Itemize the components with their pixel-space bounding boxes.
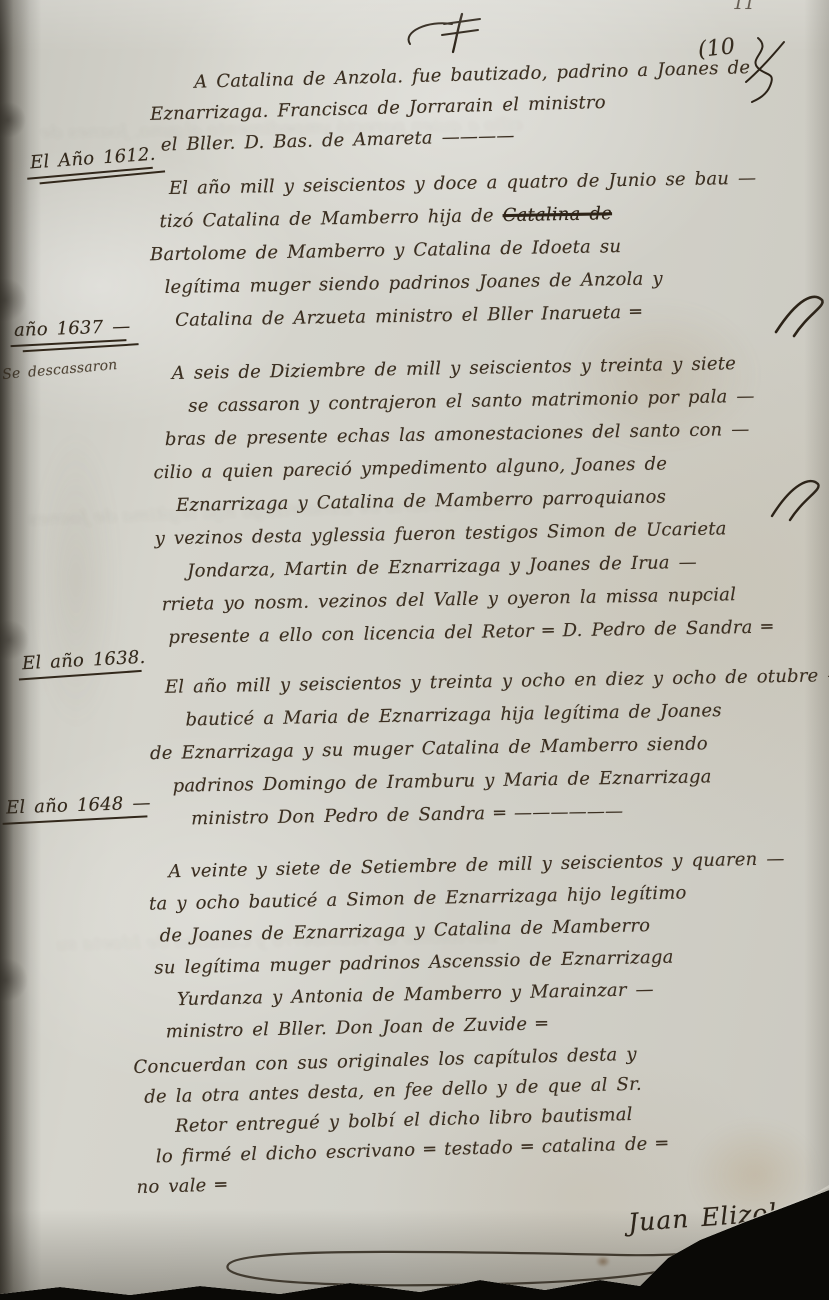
closing-attestation: Concuerdan con sus originales los capítu… [133, 1039, 669, 1203]
margin-note-1638: El año 1638. [22, 647, 146, 674]
paper-stain [36, 430, 116, 730]
signature-flourish-icon [200, 1225, 760, 1300]
entry-1612: El año mill y seiscientos y doce a quatr… [149, 162, 759, 338]
entry-1637: A seis de Diziembre de mill y seisciento… [147, 347, 772, 655]
margin-note-1648: El año 1648 — [6, 792, 151, 818]
struck-text: Catalina de [502, 203, 612, 226]
book-binding-edge [0, 0, 30, 1300]
cross-mark-icon [400, 8, 490, 58]
manuscript-page: cilio a quien pareció ympedimento alguno… [0, 0, 829, 1300]
margin-swash-icon [768, 288, 828, 348]
margin-note-1637: año 1637 — [14, 316, 131, 341]
entry-1648: A veinte y siete de Setiembre de mill y … [148, 843, 788, 1048]
margin-swash-icon [766, 470, 826, 530]
manuscript-scan: cilio a quien pareció ympedimento alguno… [0, 0, 829, 1300]
margin-note-1612: El Año 1612. [29, 144, 156, 174]
top-edge-folio-number: 11 [733, 0, 755, 14]
entry-fragment: A Catalina de Anzola. fue bautizado, pad… [149, 52, 752, 161]
signature: Juan Elizolaz [627, 1196, 808, 1237]
entry-1638: El año mill y seiscientos y treinta y oc… [149, 659, 829, 836]
